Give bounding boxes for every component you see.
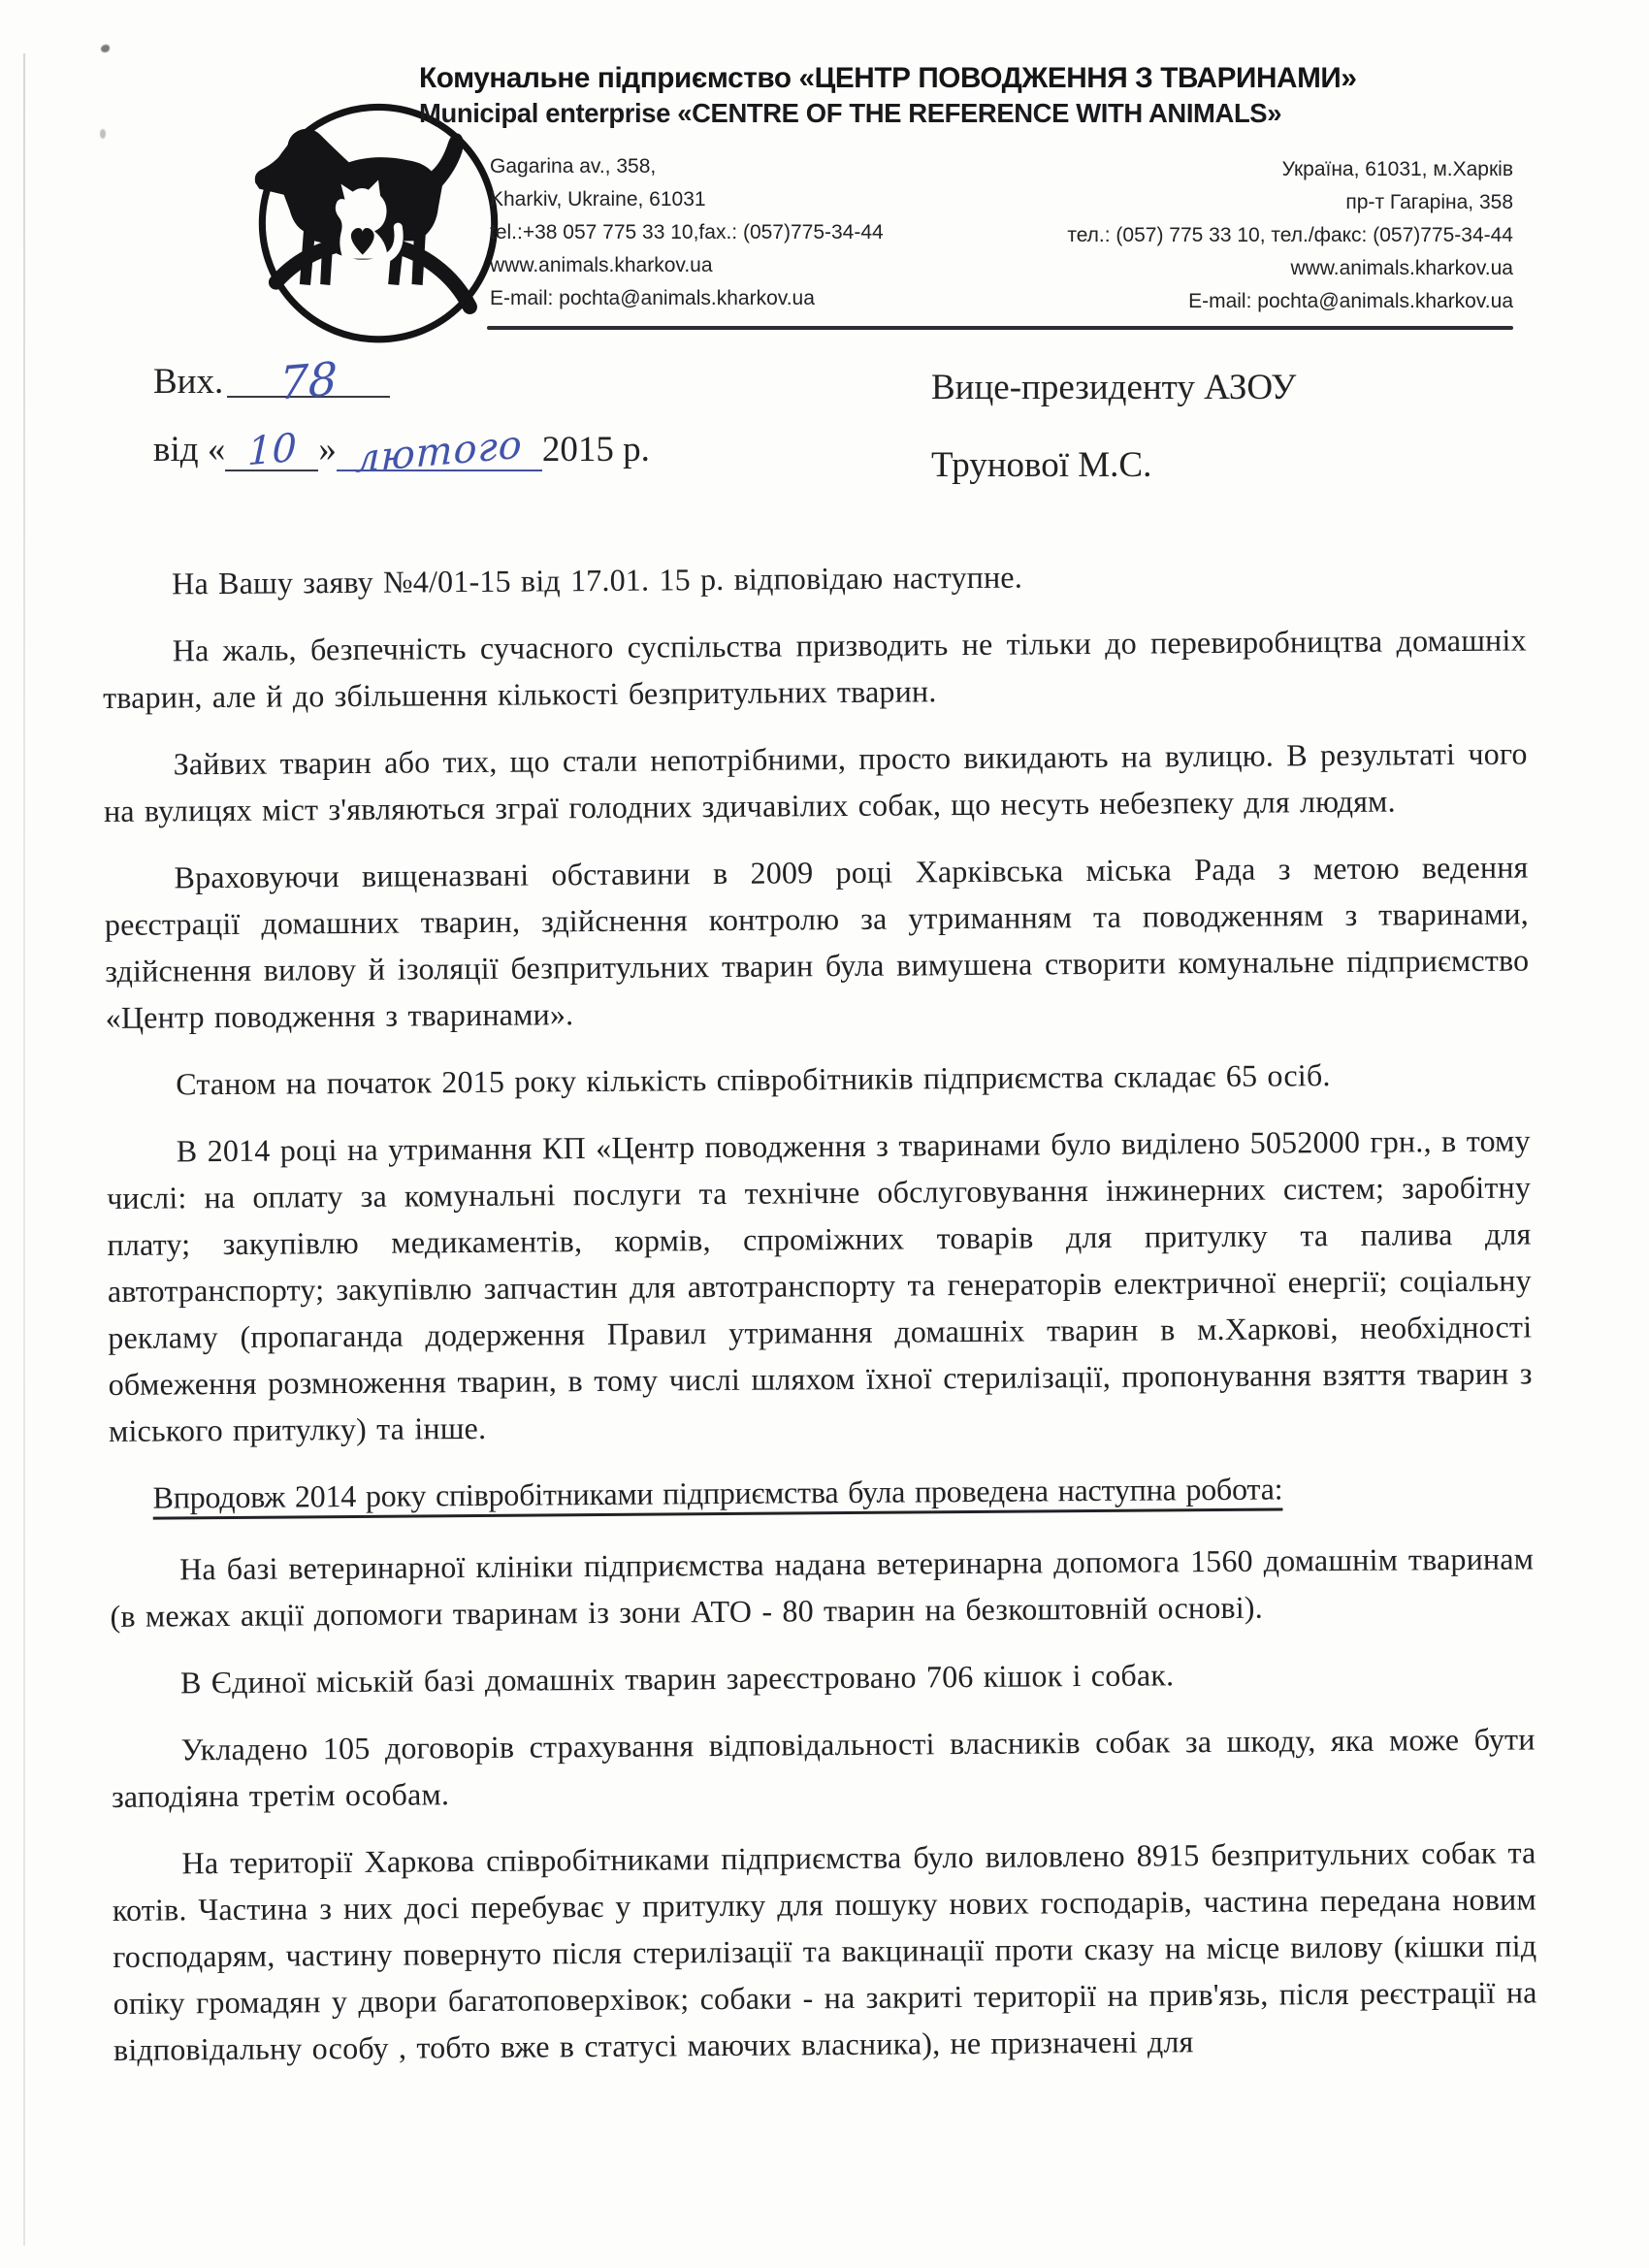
address-line: Україна, 61031, м.Харків — [1067, 153, 1513, 186]
body-paragraph: На території Харкова співробітниками під… — [112, 1829, 1537, 2073]
addressee-title: Вице-президенту АЗОУ — [931, 367, 1296, 408]
body-paragraph: В Єдиної міській базі домашніх тварин за… — [111, 1648, 1535, 1706]
phone-line: тел.: (057) 775 33 10, тел./факс: (057)7… — [1067, 219, 1513, 252]
phone-line: tel.:+38 057 775 33 10,fax.: (057)775-34… — [490, 216, 884, 249]
outgoing-number-label: Вих. — [153, 362, 223, 402]
org-name-ukrainian: Комунальне підприємство «ЦЕНТР ПОВОДЖЕНН… — [419, 62, 1283, 95]
outgoing-number-blank: 78 — [227, 355, 390, 398]
date-day-blank: 10 — [225, 429, 318, 471]
address-line: пр-т Гагаріна, 358 — [1067, 186, 1513, 219]
date-day-handwritten: 10 — [247, 429, 297, 472]
address-line: Gagarina av., 358, — [490, 150, 884, 183]
scan-artifact-speck — [100, 129, 106, 139]
addressee-name: Трунової М.С. — [931, 444, 1296, 486]
addressee-block: Вице-президенту АЗОУ Трунової М.С. — [931, 367, 1296, 486]
date-month-handwritten: лютого — [355, 425, 523, 478]
email-line: E-mail: pochta@animals.kharkov.ua — [490, 282, 884, 315]
date-from-label: від « — [153, 430, 225, 470]
reference-block: Вих.78 від «10»лютого2015 р. — [153, 355, 650, 471]
body-paragraph: На Вашу заяву №4/01-15 від 17.01. 15 р. … — [102, 549, 1526, 607]
body-paragraph: На базі ветеринарної клініки підприємств… — [110, 1535, 1535, 1639]
date-year: 2015 р. — [542, 430, 650, 470]
scan-artifact-speck — [101, 45, 110, 52]
date-month-blank: лютого — [337, 429, 542, 471]
date-quote-close: » — [318, 430, 337, 470]
contact-block-right: Україна, 61031, м.Харків пр-т Гагаріна, … — [1067, 153, 1513, 318]
section-heading: Впродовж 2014 року співробітниками підпр… — [109, 1463, 1533, 1521]
outgoing-number-handwritten: 78 — [279, 356, 338, 406]
org-name-english: Municipal enterprise «CENTRE OF THE REFE… — [419, 98, 1275, 129]
address-line: Kharkiv, Ukraine, 61031 — [490, 183, 884, 216]
scan-artifact-edge-line — [23, 53, 25, 2246]
body-paragraph: Враховуючи вищеназвані обставини в 2009 … — [104, 843, 1529, 1041]
header-divider — [487, 326, 1513, 330]
email-line: E-mail: pochta@animals.kharkov.ua — [1067, 285, 1513, 318]
body-paragraph: Зайвих тварин або тих, що стали непотріб… — [103, 729, 1528, 834]
body-paragraph: На жаль, безпечність сучасного суспільст… — [103, 616, 1528, 721]
contact-block-left: Gagarina av., 358, Kharkiv, Ukraine, 610… — [490, 150, 884, 315]
body-paragraph: Укладено 105 договорів страхування відпо… — [111, 1715, 1536, 1820]
website-line: www.animals.kharkov.ua — [490, 249, 884, 282]
letter-body: На Вашу заяву №4/01-15 від 17.01. 15 р. … — [102, 549, 1537, 2092]
body-paragraph: В 2014 році на утримання КП «Центр повод… — [107, 1117, 1534, 1454]
scanned-letter-page: Комунальне підприємство «ЦЕНТР ПОВОДЖЕНН… — [0, 0, 1649, 2268]
body-paragraph: Станом на початок 2015 року кількість сп… — [106, 1050, 1530, 1108]
website-line: www.animals.kharkov.ua — [1067, 252, 1513, 285]
